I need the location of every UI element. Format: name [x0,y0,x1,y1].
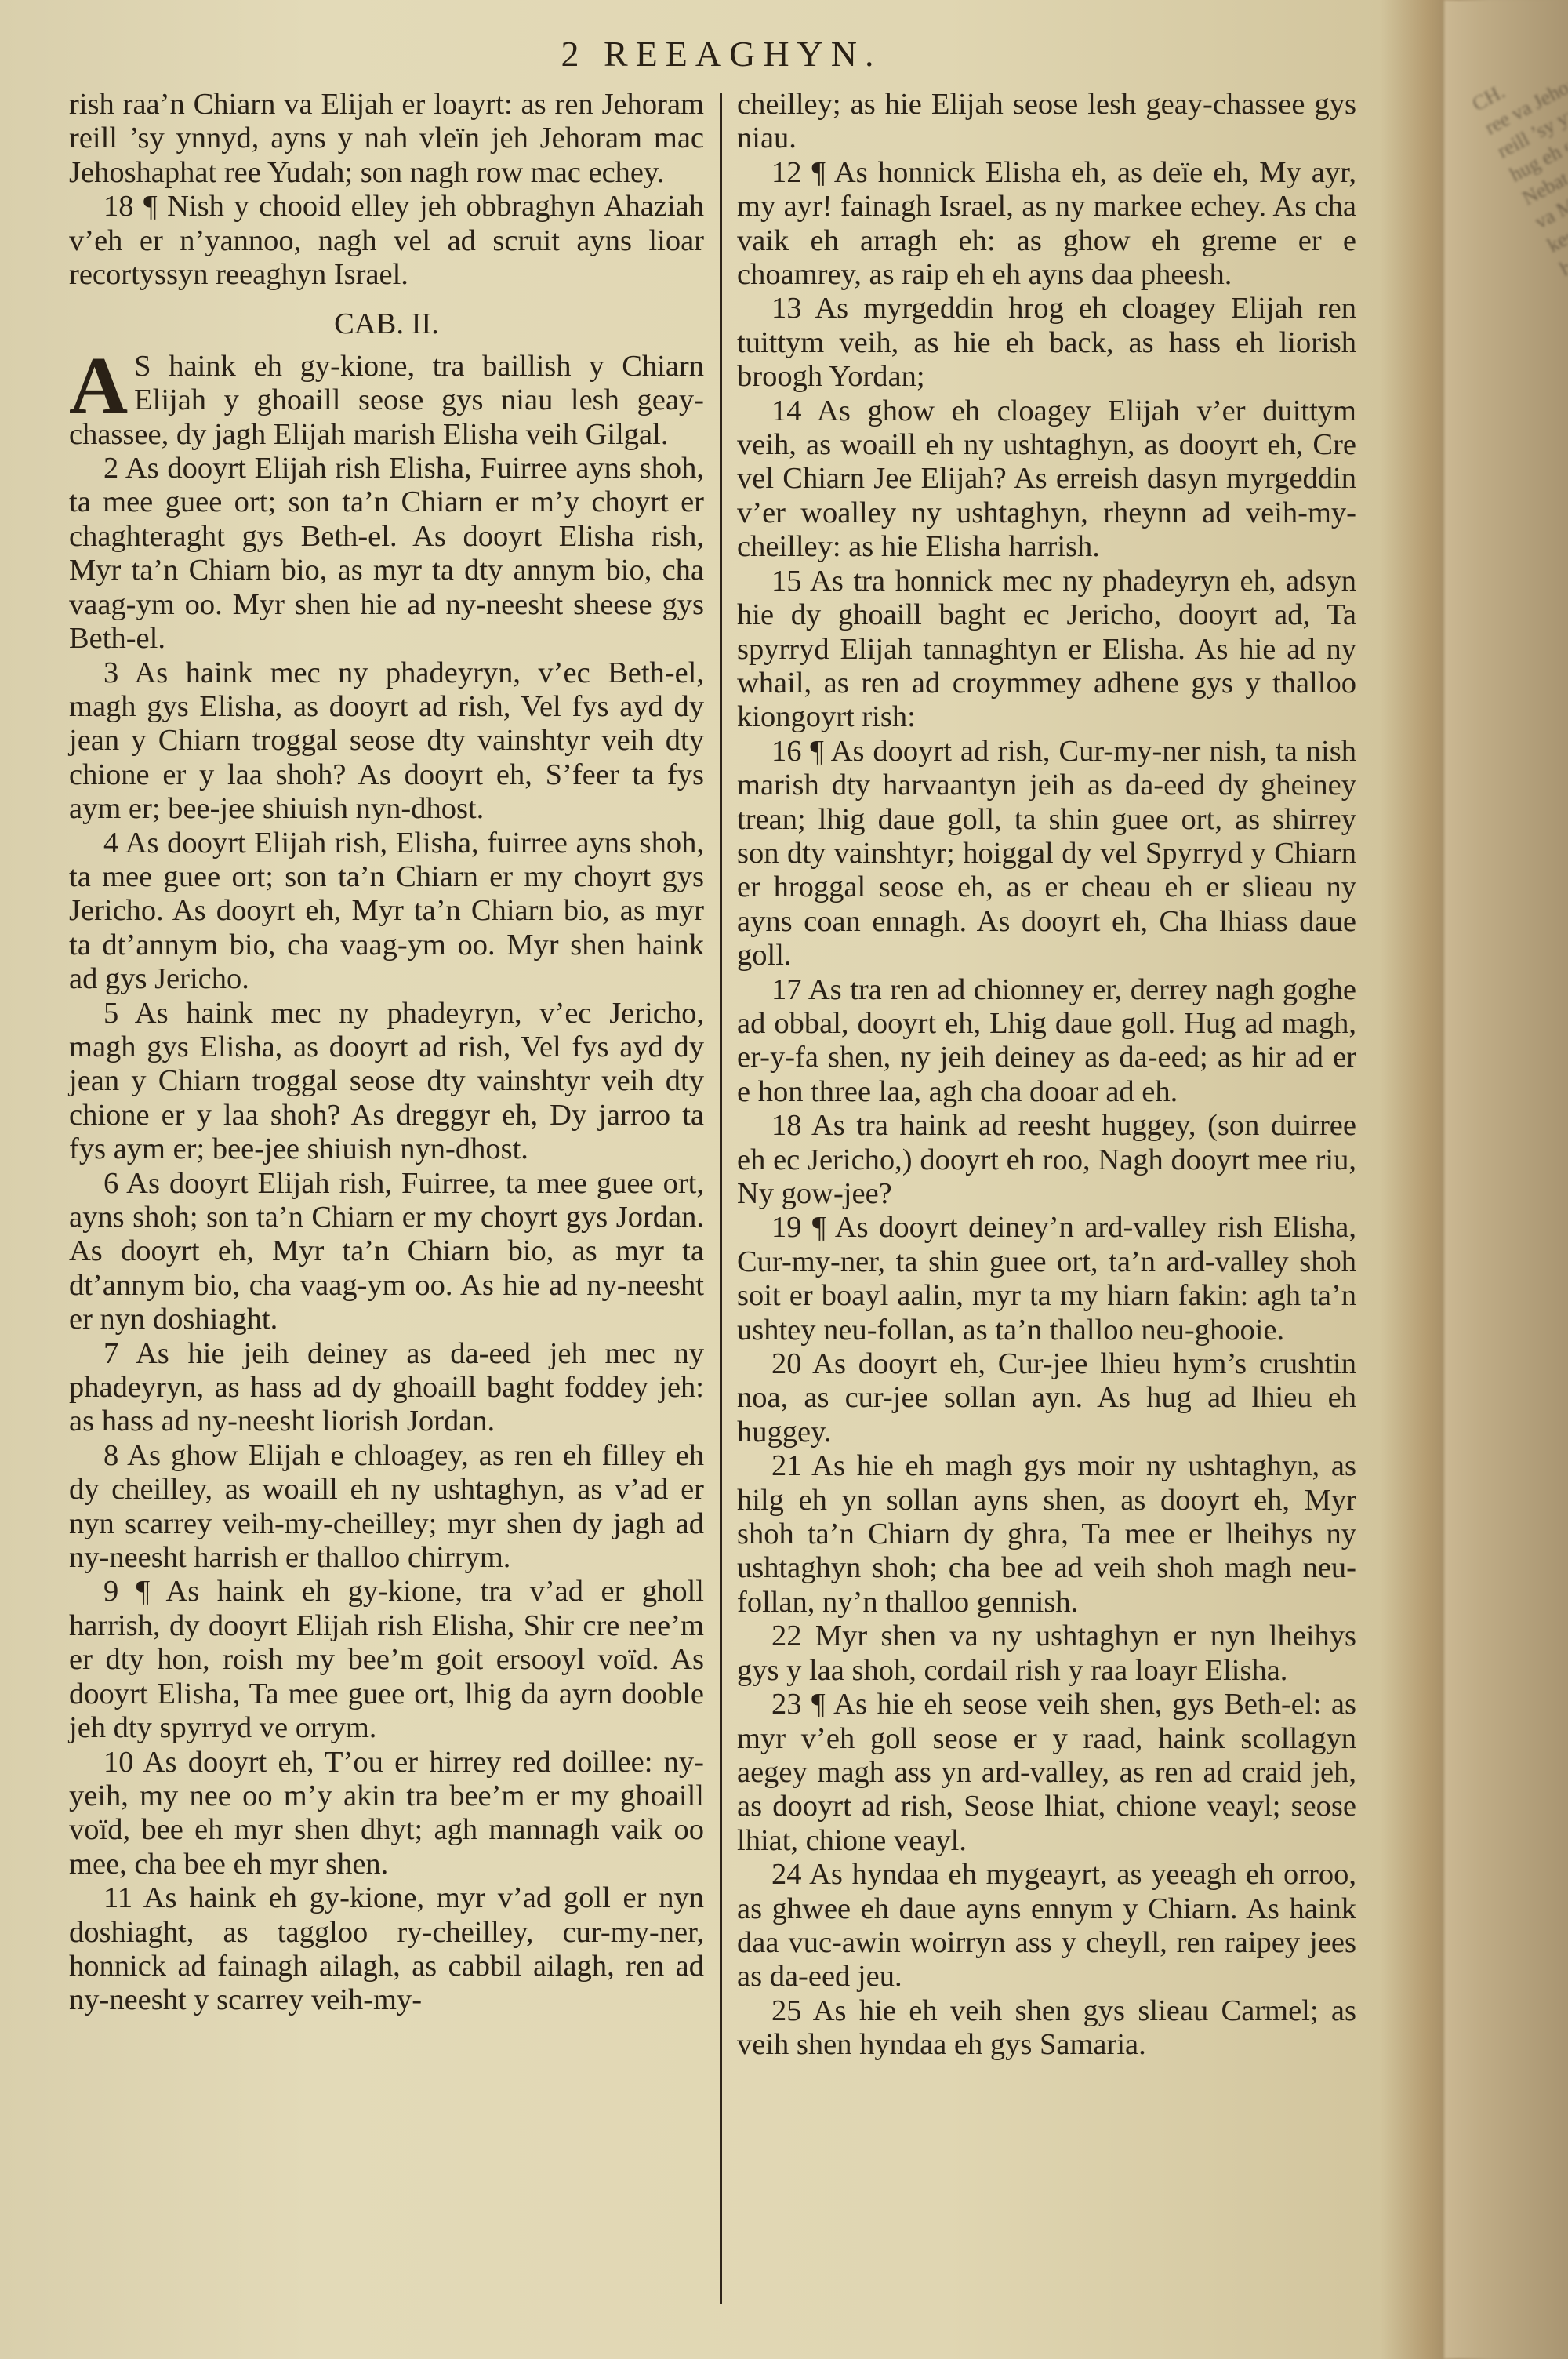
verse-10: 10 As dooyrt eh, T’ou er hirrey red doil… [69,1746,704,1882]
verse-13: 13 As myrgeddin hrog eh cloagey Elijah r… [737,292,1356,394]
chapter-heading: CAB. II. [69,307,704,341]
verse-24: 24 As hyndaa eh mygeayrt, as yeeagh eh o… [737,1858,1356,1994]
verse-20: 20 As dooyrt eh, Cur-jee lhieu hym’s cru… [737,1347,1356,1449]
verse-continuation: cheilley; as hie Elijah seose lesh geay-… [737,88,1356,156]
verse-5: 5 As haink mec ny phadeyryn, v’ec Jerich… [69,997,704,1167]
verse-8: 8 As ghow Elijah e chloagey, as ren eh f… [69,1439,704,1576]
verse-12: 12 ¶ As honnick Elisha eh, as deïe eh, M… [737,156,1356,293]
verse-17: 17 As tra ren ad chionney er, derrey nag… [737,973,1356,1110]
verse-21: 21 As hie eh magh gys moir ny ushtaghyn,… [737,1449,1356,1619]
verse-15: 15 As tra honnick mec ny phadeyryn eh, a… [737,565,1356,735]
verse-19: 19 ¶ As dooyrt deiney’n ard-valley rish … [737,1211,1356,1347]
verse-continuation: rish raa’n Chiarn va Elijah er loayrt: a… [69,88,704,190]
verse-23: 23 ¶ As hie eh seose veih shen, gys Beth… [737,1688,1356,1858]
drop-cap: A [69,354,128,417]
next-page-bleed-text: CH. ree va Jehoram mac Ahab reill ’sy yn… [1468,0,1568,329]
verse-11: 11 As haink eh gy-kione, myr v’ad goll e… [69,1881,704,2018]
chapter-opening: AS haink eh gy-kione, tra baillish y Chi… [69,350,704,452]
verse-2: 2 As dooyrt Elijah rish Elisha, Fuirree … [69,452,704,656]
verse-7: 7 As hie jeih deiney as da-eed jeh mec n… [69,1337,704,1439]
verse-16: 16 ¶ As dooyrt ad rish, Cur-my-ner nish,… [737,735,1356,973]
verse-4: 4 As dooyrt Elijah rish, Elisha, fuirree… [69,827,704,997]
next-page-edge: CH. ree va Jehoram mac Ahab reill ’sy yn… [1444,0,1568,2359]
column-divider [720,93,722,2304]
running-header: 2 REEAGHYN. [0,33,1443,75]
verse-3: 3 As haink mec ny phadeyryn, v’ec Beth-e… [69,656,704,827]
verse-22: 22 Myr shen va ny ushtaghyn er nyn lheih… [737,1619,1356,1688]
verse-18: 18 ¶ Nish y chooid elley jeh obbraghyn A… [69,190,704,292]
book-page: 2 REEAGHYN. rish raa’n Chiarn va Elijah … [0,0,1443,2359]
verse-6: 6 As dooyrt Elijah rish, Fuirree, ta mee… [69,1167,704,1337]
verse-14: 14 As ghow eh cloagey Elijah v’er duitty… [737,394,1356,565]
verse-9: 9 ¶ As haink eh gy-kione, tra v’ad er gh… [69,1575,704,1745]
verse-18: 18 As tra haink ad reesht huggey, (son d… [737,1109,1356,1211]
right-column: cheilley; as hie Elijah seose lesh geay-… [737,88,1356,2063]
verse-25: 25 As hie eh veih shen gys slieau Carmel… [737,1994,1356,2063]
left-column: rish raa’n Chiarn va Elijah er loayrt: a… [69,88,704,2018]
chapter-opening-text: S haink eh gy-kione, tra baillish y Chia… [69,350,704,451]
